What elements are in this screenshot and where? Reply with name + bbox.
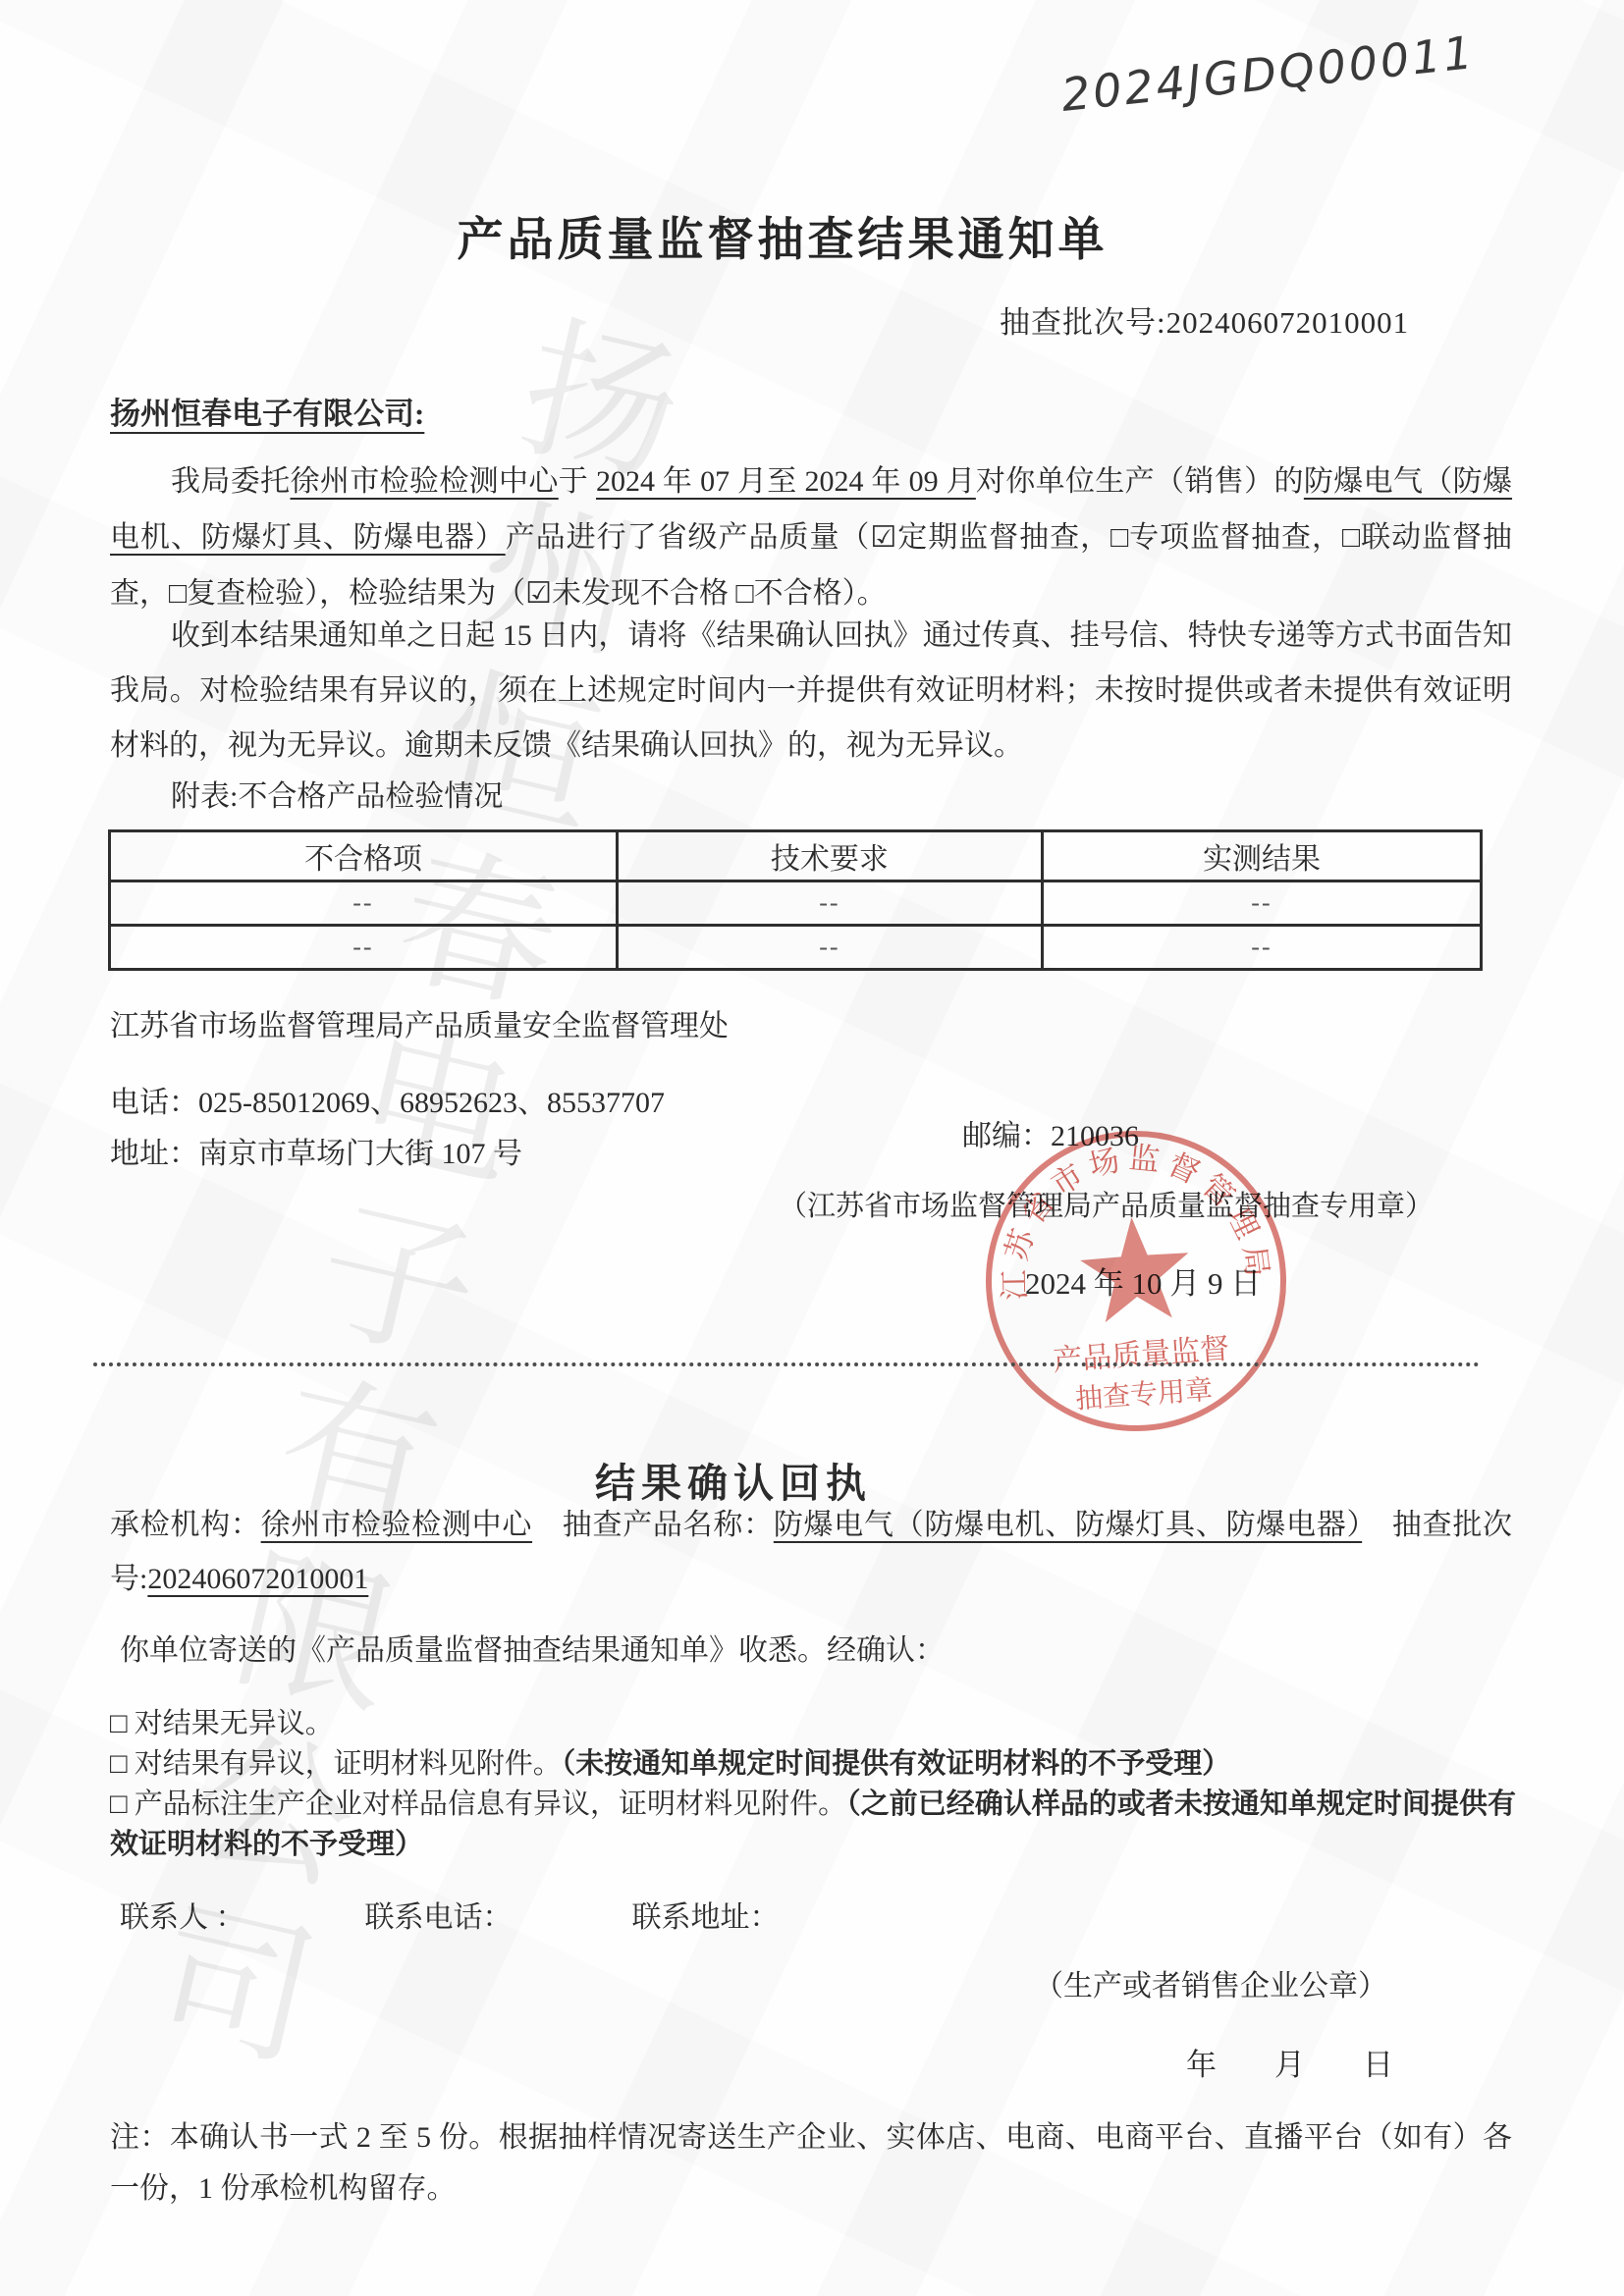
document-title: 产品质量监督抽查结果通知单 [0, 203, 1565, 269]
company-seal-placeholder: （生产或者销售企业公章） [1034, 1961, 1387, 2004]
table-row: -- -- -- [110, 881, 1482, 926]
issuer-department: 江苏省市场监督管理局产品质量安全监督管理处 [110, 1001, 729, 1044]
text-segment: 徐州市检验检测中心 [290, 465, 558, 498]
notice-paragraph-2: 收到本结果通知单之日起 15 日内，请将《结果确认回执》通过传真、挂号信、特快专… [110, 609, 1512, 774]
receipt-acknowledgement: 你单位寄送的《产品质量监督抽查结果通知单》收悉。经确认： [120, 1626, 945, 1669]
issuer-address: 地址：南京市草场门大街 107 号 [110, 1129, 522, 1172]
cell: -- [110, 926, 618, 970]
option-objection-with-evidence: □ 对结果有异议，证明材料见附件。（未按通知单规定时间提供有效证明材料的不予受理… [110, 1744, 1516, 1785]
batch-number: 抽查批次号:202406072010001 [1000, 297, 1409, 342]
option-no-objection: □ 对结果无异议。 [110, 1704, 1516, 1744]
col-header-measured-result: 实测结果 [1042, 831, 1481, 881]
dotted-separator [93, 1337, 1480, 1366]
text-segment: 抽查产品名称： [532, 1509, 774, 1541]
footnote: 注：本确认书一式 2 至 5 份。根据抽样情况寄送生产企业、实体店、电商、电商平… [110, 2112, 1512, 2215]
receipt-options: □ 对结果无异议。 □ 对结果有异议，证明材料见附件。（未按通知单规定时间提供有… [110, 1704, 1516, 1865]
cell: -- [1042, 881, 1481, 926]
text-segment: □ 对结果有异议，证明材料见附件。 [110, 1748, 562, 1780]
cell: -- [110, 881, 618, 926]
text-segment: （未按通知单规定时间提供有效证明材料的不予受理） [562, 1748, 1231, 1780]
text-segment: 202406072010001 [147, 1563, 368, 1595]
contact-address-label: 联系地址： [632, 1901, 780, 1934]
red-official-stamp: 江苏省市场监督管理局 产品质量监督 抽查专用章 [961, 1106, 1311, 1456]
receipt-org-line: 承检机构：徐州市检验检测中心 抽查产品名称：防爆电气（防爆电机、防爆灯具、防爆电… [110, 1498, 1512, 1606]
text-segment: 承检机构： [110, 1509, 261, 1541]
cell: -- [617, 926, 1042, 970]
cell: -- [617, 881, 1042, 926]
defect-table: 不合格项 技术要求 实测结果 -- -- -- -- -- -- [108, 829, 1483, 971]
text-segment: □ 产品标注生产企业对样品信息有异议，证明材料见附件。 [110, 1789, 846, 1820]
col-header-defect-item: 不合格项 [110, 831, 618, 881]
text-segment: 于 [559, 465, 596, 498]
text-segment: 对你单位生产（销售）的 [976, 465, 1304, 498]
signature-date-blank: 年 月 日 [1186, 2040, 1407, 2084]
text-segment: 徐州市检验检测中心 [261, 1509, 532, 1541]
contact-line: 联系人 ：联系电话：联系地址： [120, 1893, 780, 1936]
col-header-tech-requirement: 技术要求 [617, 831, 1042, 881]
cell: -- [1042, 926, 1481, 970]
text-segment: □ 对结果无异议。 [110, 1708, 334, 1739]
defect-table-header-row: 不合格项 技术要求 实测结果 [110, 831, 1482, 881]
option-sample-info-objection: □ 产品标注生产企业对样品信息有异议，证明材料见附件。（之前已经确认样品的或者未… [110, 1785, 1516, 1865]
text-segment: 防爆电气（防爆电机、防爆灯具、防爆电器） [774, 1509, 1362, 1541]
stamp-line2: 抽查专用章 [1074, 1374, 1214, 1415]
scanned-notice-document: 扬州恒春电子有限公司 2024JGDQ00011 产品质量监督抽查结果通知单 抽… [0, 0, 1624, 2296]
annex-label: 附表:不合格产品检验情况 [171, 772, 503, 815]
contact-phone-label: 联系电话： [365, 1901, 513, 1934]
recipient-company: 扬州恒春电子有限公司: [110, 389, 424, 433]
handwritten-file-number: 2024JGDQ00011 [1058, 26, 1478, 122]
text-segment: 2024 年 07 月至 2024 年 09 月 [596, 465, 976, 498]
table-row: -- -- -- [110, 926, 1482, 970]
stamp-star-icon [1077, 1213, 1192, 1323]
contact-name-label: 联系人 ： [120, 1901, 245, 1934]
issuer-phone: 电话：025-85012069、68952623、85537707 [110, 1078, 665, 1121]
text-segment: 我局委托 [171, 465, 290, 498]
notice-paragraph-1: 我局委托徐州市检验检测中心于 2024 年 07 月至 2024 年 09 月对… [110, 454, 1512, 621]
